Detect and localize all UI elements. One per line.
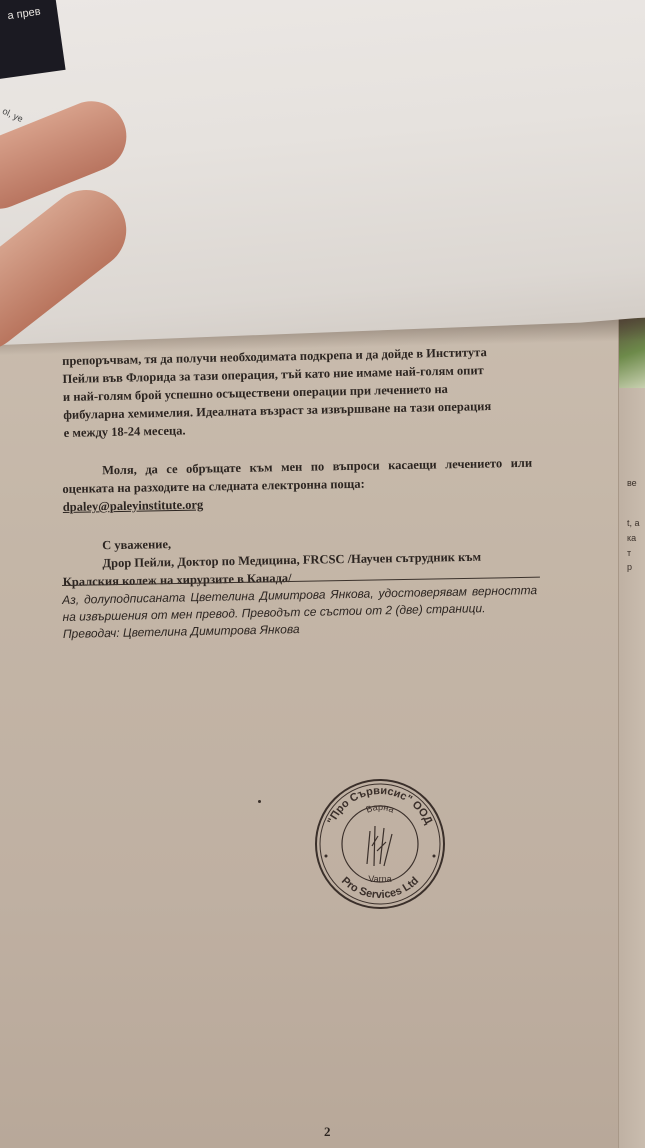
paragraph-recommendation: препоръчвам, тя да получи необходимата п… <box>62 342 534 442</box>
translator-certification: Аз, долуподписаната Цветелина Димитрова … <box>62 582 538 643</box>
page-number: 2 <box>324 1124 331 1140</box>
ink-dot <box>258 800 261 803</box>
strip-fragment: ка <box>627 533 636 543</box>
stamp-inner-bottom: Varna <box>368 874 391 884</box>
strip-fragment: т <box>627 548 631 558</box>
folded-page-flap: а прев ol, ye <box>0 0 645 345</box>
dark-card: а прев <box>0 0 66 79</box>
strip-fragment: ве <box>627 478 637 488</box>
strip-fragment: p <box>627 562 632 572</box>
adjacent-page-strip: ве t, a ка т p <box>618 318 645 1148</box>
card-text: а прев <box>7 6 42 23</box>
stamp-inner-top: Варна <box>365 802 396 815</box>
email-link[interactable]: dpaley@paleyinstitute.org <box>63 498 204 514</box>
strip-fragment: t, a <box>627 518 640 528</box>
company-stamp: "Про Сървисис" ООД Pro Services Ltd Варн… <box>312 776 448 912</box>
paragraph-contact: Моля, да се обръщате към мен по въпроси … <box>62 454 533 516</box>
svg-text:Варна: Варна <box>365 802 396 815</box>
contact-text: Моля, да се обръщате към мен по въпроси … <box>62 454 533 498</box>
corner-fragment: ol, ye <box>1 106 25 124</box>
